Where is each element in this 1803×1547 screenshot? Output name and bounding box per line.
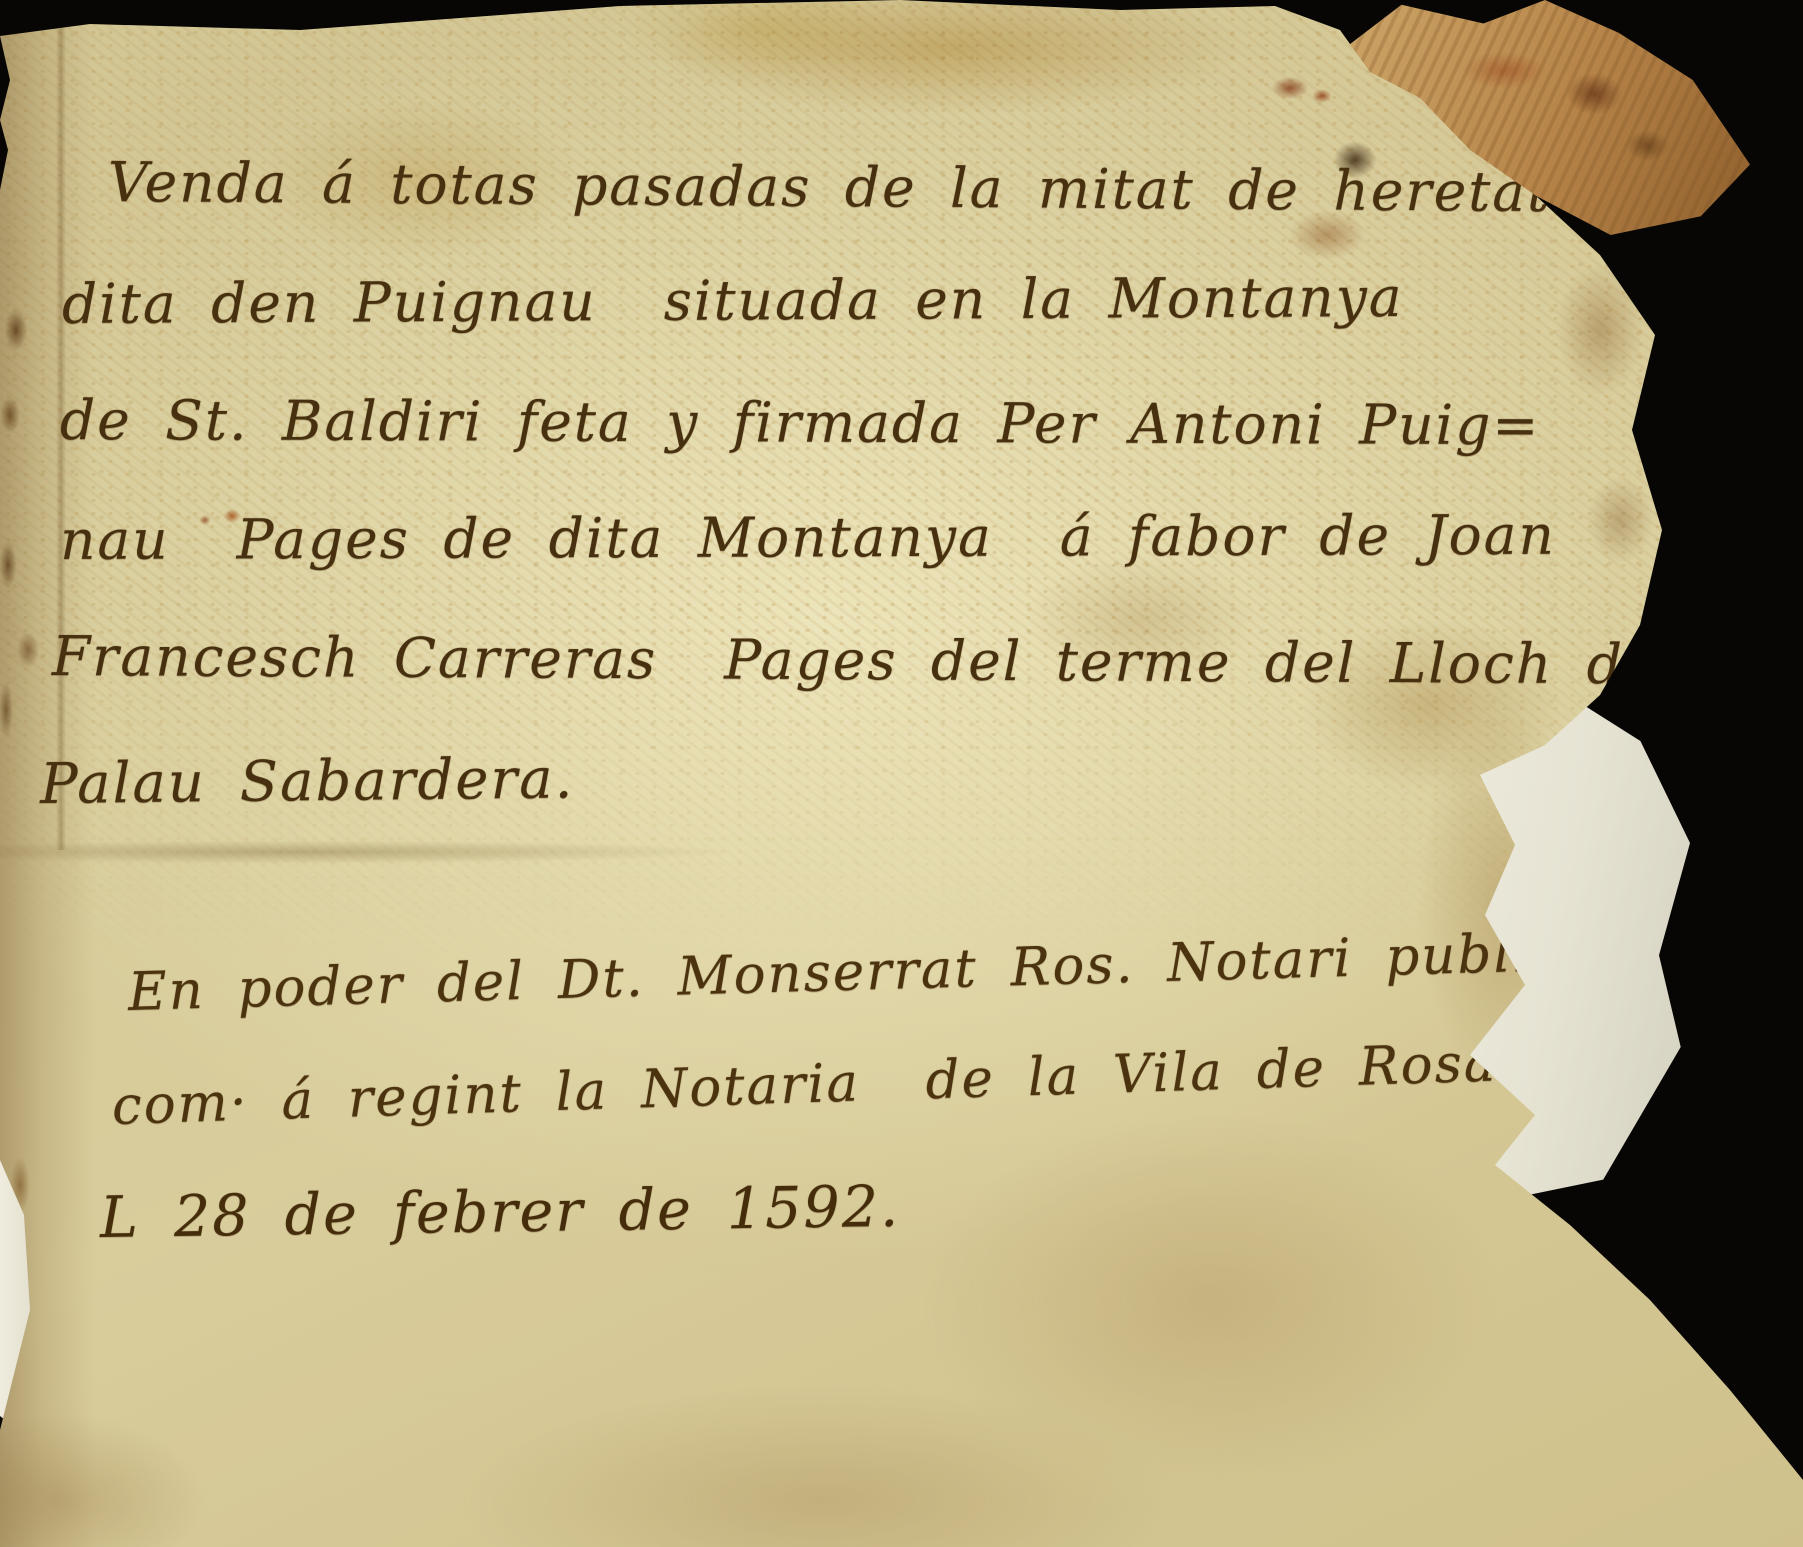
manuscript-line-9: L 28 de febrer de 1592. (100, 1174, 901, 1251)
manuscript-line-3: de St. Baldiri feta y firmada Per Antoni… (60, 388, 1541, 457)
manuscript-photo: Venda á totas pasadas de la mitat de her… (0, 0, 1803, 1547)
manuscript-line-1: Venda á totas pasadas de la mitat de her… (108, 150, 1552, 224)
manuscript-line-5: Francesch Carreras Pages del terme del L… (52, 624, 1659, 696)
manuscript-line-4: nau Pages de dita Montanya á fabor de Jo… (60, 503, 1556, 572)
manuscript-line-2: dita den Puignau situada en la Montanya (62, 265, 1404, 336)
manuscript-line-6: Palau Sabardera. (40, 746, 575, 817)
